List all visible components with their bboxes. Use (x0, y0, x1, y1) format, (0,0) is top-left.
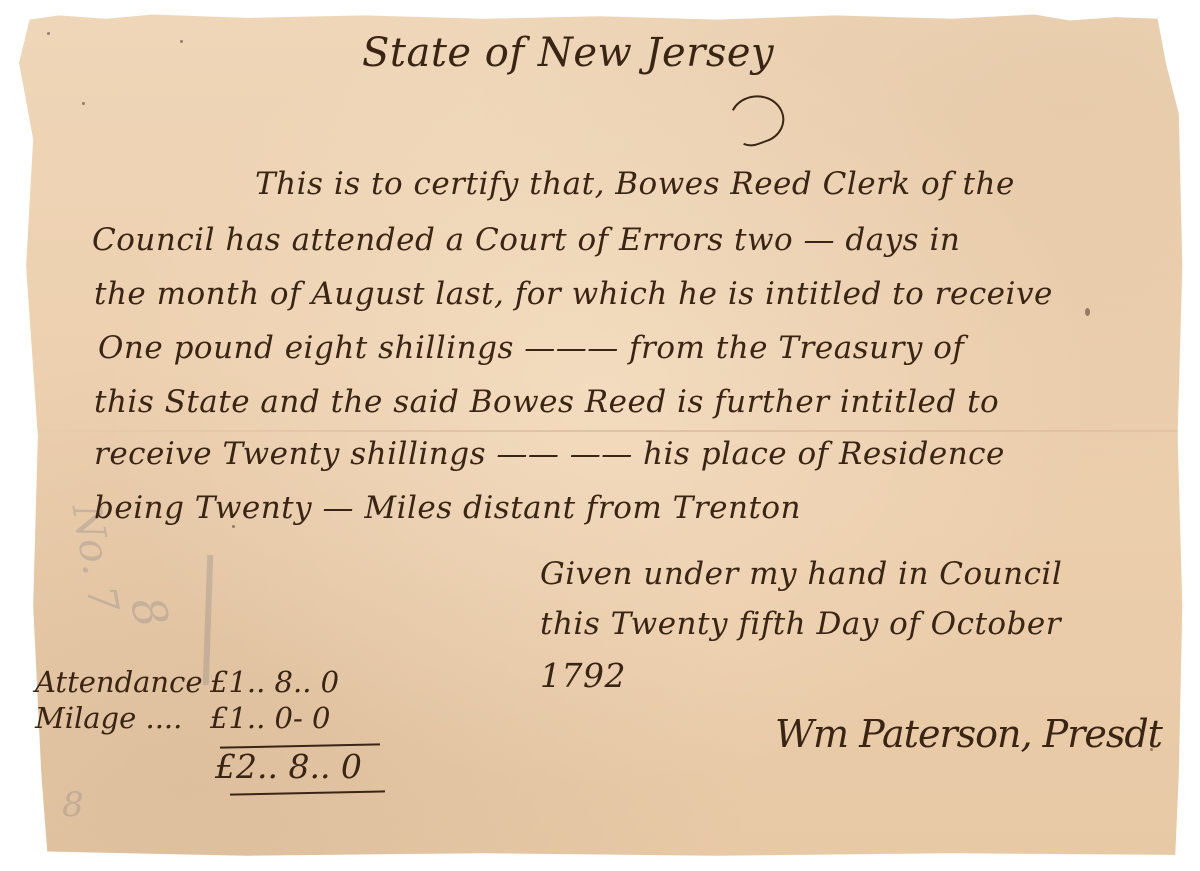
body-line: One pound eight shillings ——— from the T… (98, 330, 964, 366)
fold-crease (12, 430, 1187, 432)
pencil-notation: 8 (62, 785, 84, 825)
body-line: receive Twenty shillings —— —— his place… (94, 436, 1005, 472)
signature: Wm Paterson, Presdt (775, 712, 1162, 756)
paper-speck (47, 32, 50, 35)
paper-speck (232, 525, 235, 528)
account-amount: £1.. 8.. 0 (210, 665, 339, 699)
paper-speck (180, 40, 183, 43)
account-row-attendance: Attendance £1.. 8.. 0 (35, 665, 380, 701)
account-label: Milage .... (35, 701, 182, 735)
body-line: this State and the said Bowes Reed is fu… (94, 384, 999, 420)
closing-line: this Twenty fifth Day of October (540, 606, 1061, 642)
closing-year: 1792 (540, 656, 626, 695)
closing-line: Given under my hand in Council (540, 556, 1062, 592)
body-line: being Twenty — Miles distant from Trento… (94, 490, 801, 526)
accounts-summary: Attendance £1.. 8.. 0 Milage .... £1.. 0… (35, 665, 380, 737)
body-line: Council has attended a Court of Errors t… (92, 222, 960, 258)
account-total: £2.. 8.. 0 (215, 747, 362, 786)
account-amount: £1.. 0- 0 (210, 701, 330, 735)
account-label: Attendance (35, 665, 203, 699)
paper-speck (1150, 748, 1153, 751)
paper-speck (1085, 308, 1090, 316)
body-line: This is to certify that, Bowes Reed Cler… (255, 166, 1015, 202)
account-row-milage: Milage .... £1.. 0- 0 (35, 701, 380, 737)
document-title: State of New Jersey (362, 30, 774, 76)
body-line: the month of August last, for which he i… (94, 276, 1053, 312)
paper-speck (82, 102, 85, 105)
